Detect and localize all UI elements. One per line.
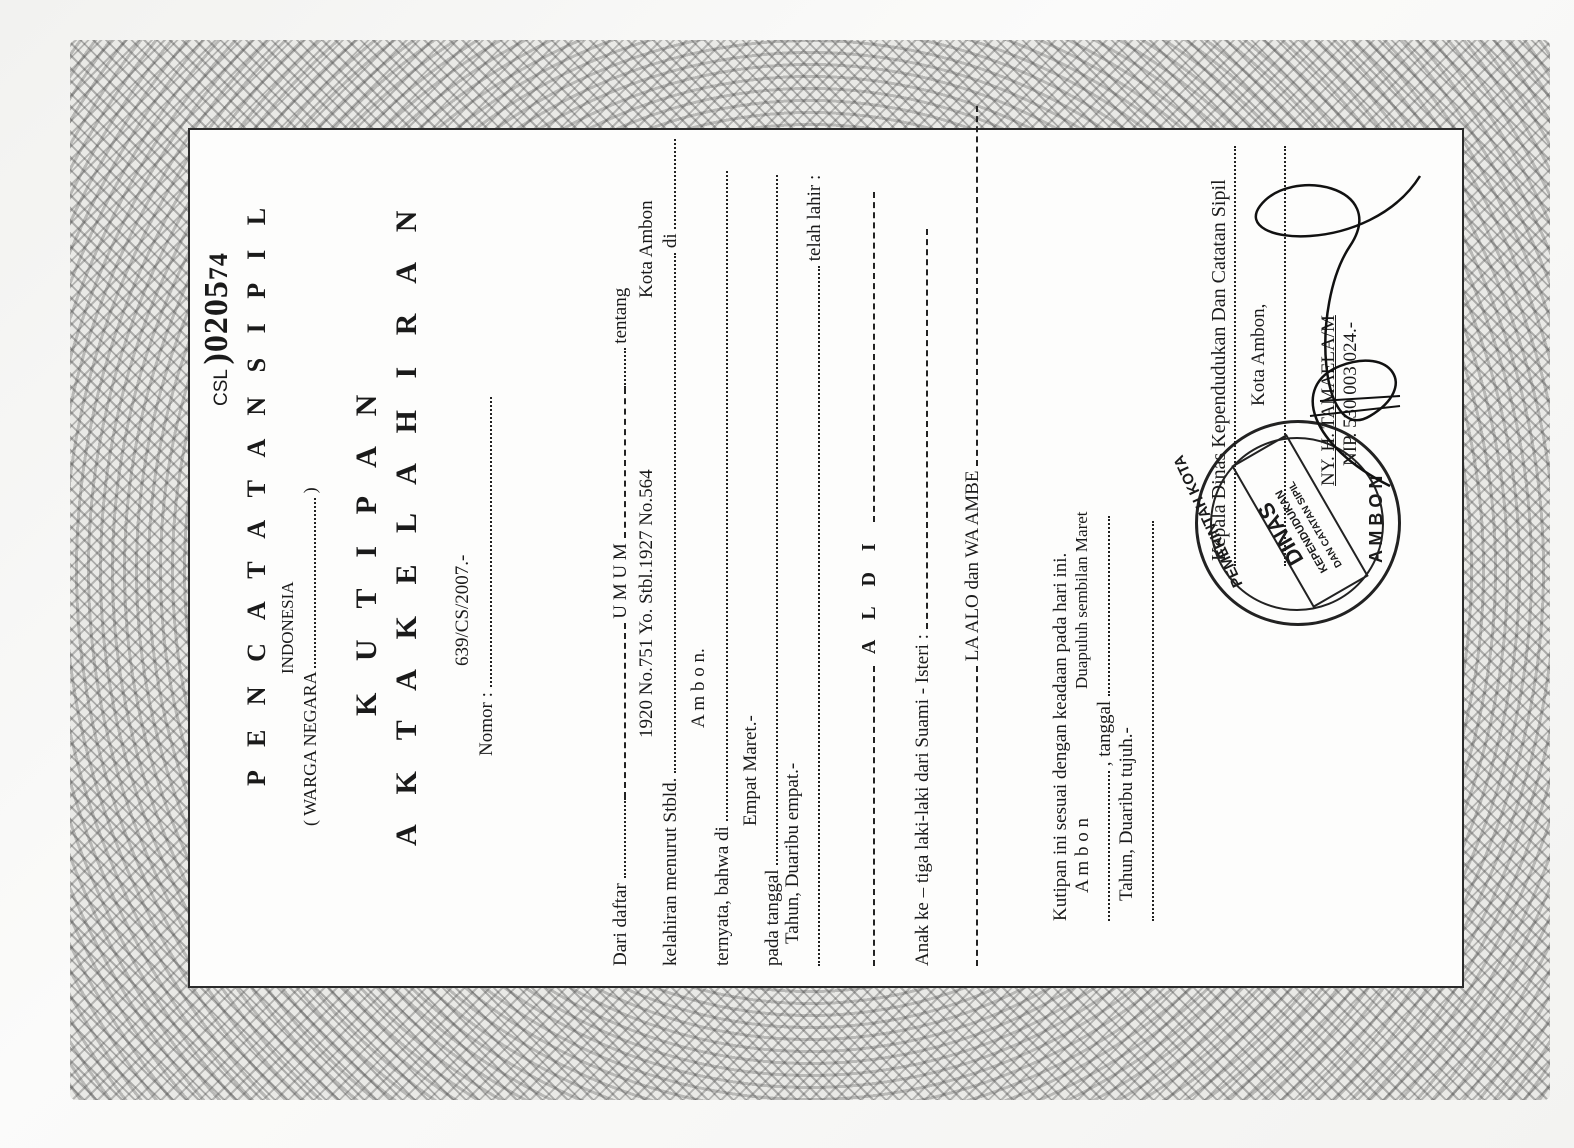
row-anak: Anak ke – tiga laki-laki dari Suami - Is… (912, 229, 934, 966)
serial-digits: )0205 (198, 280, 235, 364)
row-tanggal: pada tanggal Empat Maret.- (762, 175, 784, 966)
header-title: P E N C A T A T A N S I P I L (242, 199, 272, 786)
birth-year: Tahun, Duaribu empat.- (782, 763, 804, 944)
citizenship-line: ( WARGA NEGARA ) INDONESIA (300, 487, 321, 826)
closing-date: Duapuluh sembilan Maret (1072, 511, 1092, 689)
document-scan: CSL )020574 P E N C A T A T A N S I P I … (0, 0, 1574, 1148)
stbld-value: 1920 No.751 Yo. Stbl.1927 No.564 (636, 469, 658, 738)
birth-place: A m b o n. (688, 648, 710, 728)
birth-date: Empat Maret.- (740, 715, 762, 826)
row-parents: LA ALO dan WA AMBE (962, 106, 984, 966)
row-dari-daftar: Dari daftar U M U M tentang (610, 288, 632, 966)
closing-date-line: , tanggal A m b o n Duapuluh sembilan Ma… (1094, 516, 1116, 921)
row-bahwa: ternyata, bahwa di A m b o n. (712, 171, 734, 966)
serial-number: CSL )020574 (198, 252, 236, 406)
closing-year: Tahun, Duaribu tujuh.- (1116, 727, 1138, 901)
serial-prefix: CSL (211, 370, 232, 406)
certificate-body: CSL )020574 P E N C A T A T A N S I P I … (188, 128, 1464, 988)
closing-place: A m b o n (1072, 818, 1094, 893)
serial-suffix: 74 (204, 252, 233, 280)
parents-names: LA ALO dan WA AMBE (962, 471, 983, 662)
doc-title-kutipan: K U T I P A N (350, 383, 384, 716)
row-child-name: A L D I (858, 192, 881, 966)
stbld-place: Kota Ambon (636, 200, 658, 298)
row-stbld: kelahiran menurut Stbld. di 1920 No.751 … (660, 139, 682, 966)
doc-title-akta: A K T A K E L A H I R A N (390, 199, 424, 846)
closing-statement: Kutipan ini sesuai dengan keadaan pada h… (1050, 553, 1072, 921)
register-type: U M U M (610, 543, 631, 618)
nomor-value: 639/CS/2007.- (452, 555, 474, 666)
citizenship-value: INDONESIA (278, 581, 298, 674)
child-name: A L D I (858, 535, 880, 654)
row-tahun: telah lahir : Tahun, Duaribu empat.- (804, 175, 826, 966)
nomor-line: Nomor : 639/CS/2007.- (476, 397, 498, 756)
signature-mark (1250, 146, 1450, 506)
closing-year-line: Tahun, Duaribu tujuh.- (1138, 521, 1160, 921)
